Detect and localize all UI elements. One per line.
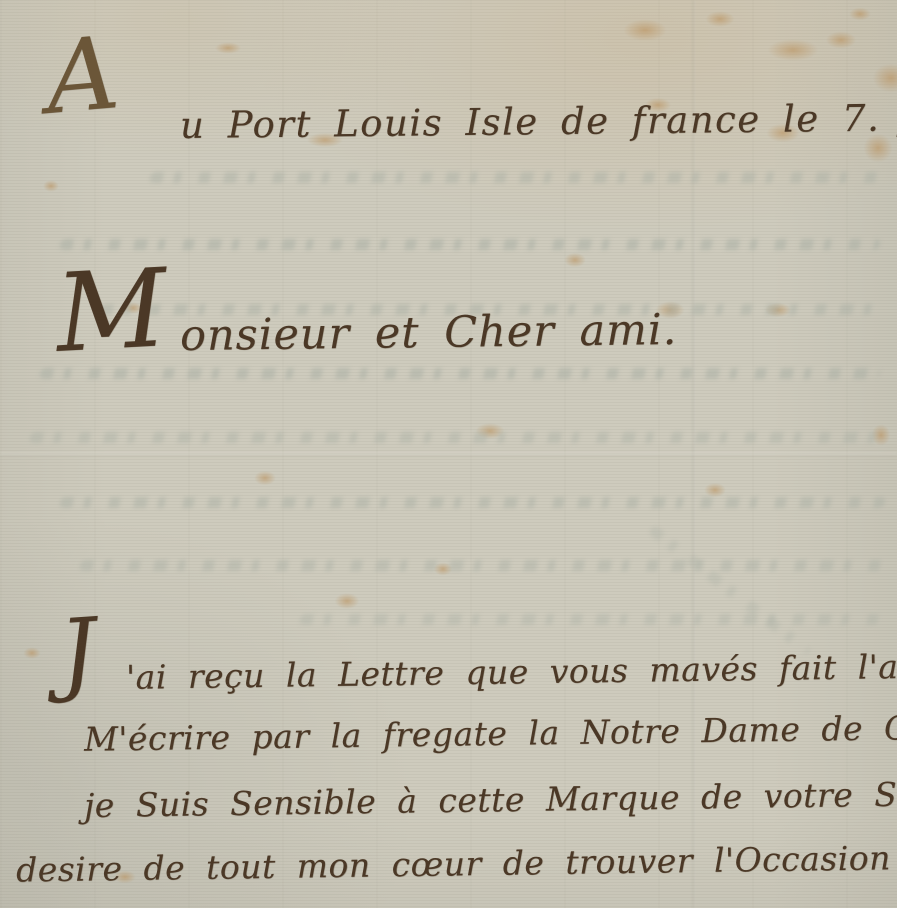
horizontal-fold-crease [0,452,897,457]
body-line3: je Suis Sensible à cette Marque de votre… [84,774,897,825]
bleedthrough-line [29,432,886,443]
letter-page: A u Port Louis Isle de france le 7. Ju M… [0,0,897,908]
dateline-initial-letter: A [42,23,123,129]
body-line1: 'ai reçu la Lettre que vous mavés fait l… [126,646,897,697]
bleedthrough-line [79,560,886,571]
body-line2: M'écrire par la fregate la Notre Dame de… [84,708,897,759]
body-line4: desire de tout mon cœur de trouver l'Occ… [16,837,897,889]
bleedthrough-flourish [648,525,812,657]
salutation-initial-letter: M [53,255,169,369]
dateline-text: u Port Louis Isle de france le 7. Ju [180,96,897,147]
bleedthrough-line [149,172,881,183]
body-line1-initial-letter: J [57,607,99,699]
bleedthrough-line [299,614,886,625]
bleedthrough-line [59,239,881,250]
bleedthrough-line [59,497,886,508]
salutation-text: onsieur et Cher ami. [180,305,678,361]
